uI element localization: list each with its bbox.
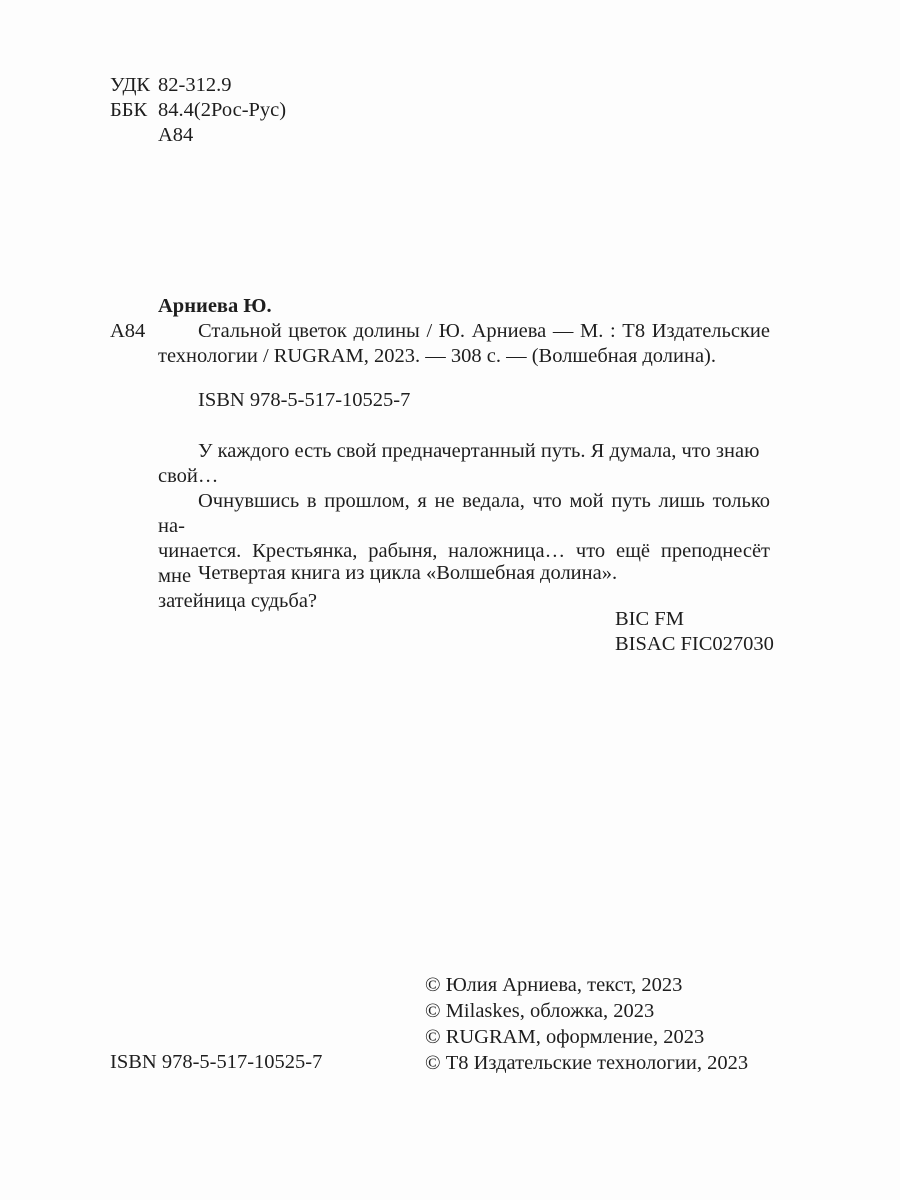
classification-block: BIC FM BISAC FIC027030	[615, 607, 774, 657]
author-mark-line: А84	[110, 123, 286, 148]
cataloging-block: УДК82-312.9 ББК84.4(2Рос-Рус) А84	[110, 73, 286, 148]
udc-value: 82-312.9	[158, 74, 231, 96]
copyright-block: © Юлия Арниева, текст, 2023 © Milaskes, …	[425, 972, 748, 1076]
author-mark: А84	[158, 124, 193, 146]
annotation-paragraph-2-line-1: Очнувшись в прошлом, я не ведала, что мо…	[158, 489, 770, 539]
entry-line-1: Стальной цветок долины / Ю. Арниева — М.…	[158, 319, 770, 344]
copyright-line-author: © Юлия Арниева, текст, 2023	[425, 972, 748, 998]
copyright-line-publisher: © Т8 Издательские технологии, 2023	[425, 1050, 748, 1076]
bic-code: BIC FM	[615, 607, 774, 632]
entry-author-mark: А84	[110, 319, 145, 344]
imprint-page: УДК82-312.9 ББК84.4(2Рос-Рус) А84 Арниев…	[0, 0, 900, 1200]
isbn-bottom: ISBN 978-5-517-10525-7	[110, 1050, 322, 1075]
entry-line-2: технологии / RUGRAM, 2023. — 308 с. — (В…	[158, 344, 770, 369]
copyright-line-design: © RUGRAM, оформление, 2023	[425, 1024, 748, 1050]
annotation-paragraph-1: У каждого есть свой предначертанный путь…	[158, 439, 770, 489]
bbk-label: ББК	[110, 98, 158, 123]
bbk-line: ББК84.4(2Рос-Рус)	[110, 98, 286, 123]
bisac-code: BISAC FIC027030	[615, 632, 774, 657]
entry-text: Стальной цветок долины / Ю. Арниева — М.…	[158, 319, 770, 369]
isbn-middle: ISBN 978-5-517-10525-7	[198, 388, 410, 413]
udc-label: УДК	[110, 73, 158, 98]
bibliographic-entry: А84 Стальной цветок долины / Ю. Арниева …	[110, 319, 770, 369]
series-note: Четвертая книга из цикла «Волшебная доли…	[198, 561, 617, 586]
udc-line: УДК82-312.9	[110, 73, 286, 98]
author-heading: Арниева Ю.	[158, 294, 272, 319]
copyright-line-cover: © Milaskes, обложка, 2023	[425, 998, 748, 1024]
annotation: У каждого есть свой предначертанный путь…	[158, 439, 770, 614]
bbk-value: 84.4(2Рос-Рус)	[158, 99, 286, 121]
